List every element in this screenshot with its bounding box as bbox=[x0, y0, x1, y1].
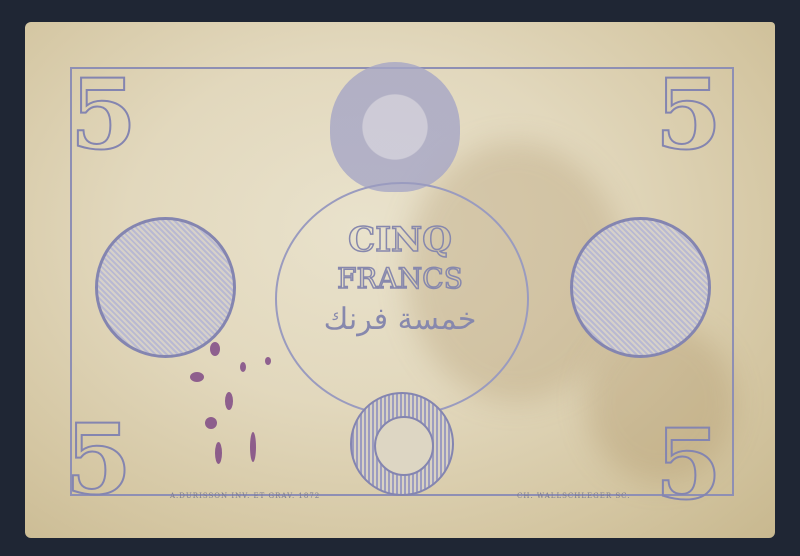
engraver-imprint: A.DURISSON INV. ET GRAV. 1872 bbox=[170, 492, 320, 500]
numeral-top-right: 5 bbox=[655, 67, 722, 163]
numeral-bottom-right: 5 bbox=[655, 417, 722, 513]
arabic-text: خمسة فرنك bbox=[25, 302, 775, 337]
engraver-imprint-right: CH. WALLSCHLEGER SC. bbox=[517, 492, 630, 500]
banknote: 5 5 5 5 CINQ FRANCS خمسة فرنك A.DURISSON… bbox=[25, 22, 775, 538]
crescent-star-seal-icon bbox=[350, 392, 454, 496]
currency-text: FRANCS bbox=[25, 262, 775, 295]
lion-head-icon bbox=[330, 62, 460, 192]
numeral-top-left: 5 bbox=[70, 67, 137, 163]
numeral-bottom-left: 5 bbox=[65, 412, 132, 508]
center-cartouche bbox=[275, 182, 529, 416]
denomination-text: CINQ bbox=[25, 220, 775, 260]
